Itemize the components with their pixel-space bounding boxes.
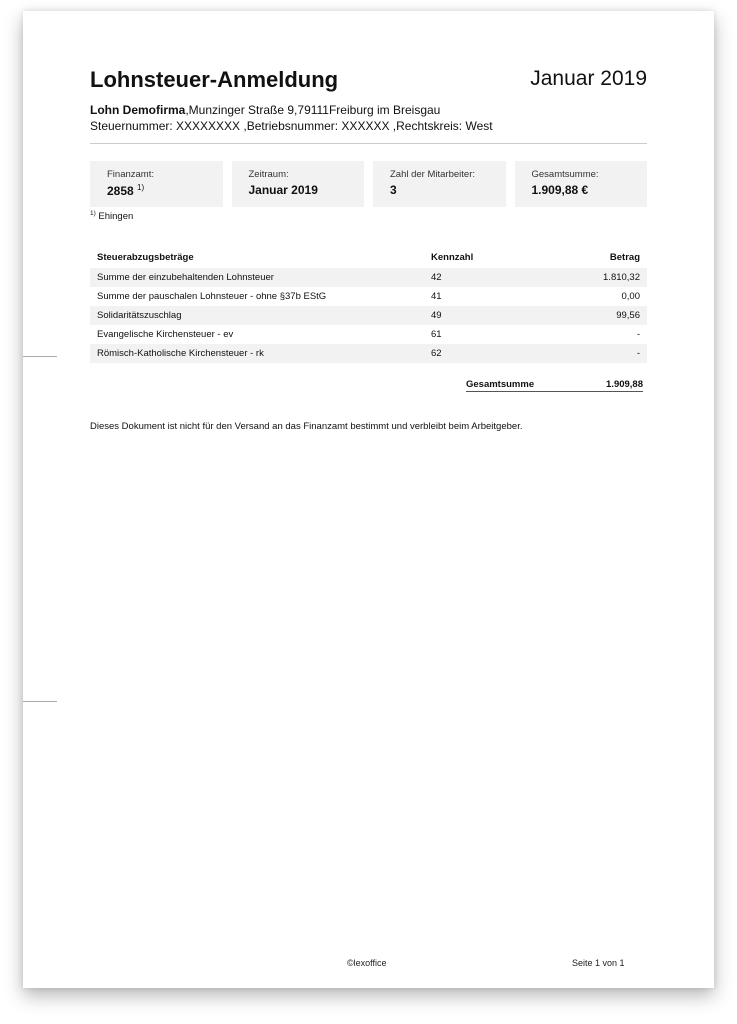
- cell-amount: -: [533, 344, 647, 363]
- cell-amount: 1.810,32: [533, 268, 647, 287]
- table-header-row: Steuerabzugsbeträge Kennzahl Betrag: [90, 246, 647, 268]
- summary-label: Zahl der Mitarbeiter:: [390, 169, 506, 180]
- cell-amount: -: [533, 325, 647, 344]
- cell-code: 61: [424, 325, 533, 344]
- cell-description: Römisch-Katholische Kirchensteuer - rk: [90, 344, 424, 363]
- grand-total: Gesamtsumme 1.909,88: [466, 379, 643, 392]
- document-title: Lohnsteuer-Anmeldung: [90, 67, 338, 93]
- cell-amount: 99,56: [533, 306, 647, 325]
- summary-box-gesamtsumme: Gesamtsumme: 1.909,88 €: [515, 161, 648, 207]
- company-address: ,Munzinger Straße 9,79111Freiburg im Bre…: [185, 103, 440, 117]
- summary-box-finanzamt: Finanzamt: 2858 1): [90, 161, 223, 207]
- grand-total-value: 1.909,88: [606, 379, 643, 390]
- cell-code: 62: [424, 344, 533, 363]
- table-row: Römisch-Katholische Kirchensteuer - rk62…: [90, 344, 647, 363]
- summary-value: 1.909,88 €: [532, 183, 648, 197]
- cell-description: Solidaritätszuschlag: [90, 306, 424, 325]
- summary-label: Zeitraum:: [249, 169, 365, 180]
- table-row: Solidaritätszuschlag4999,56: [90, 306, 647, 325]
- summary-boxes: Finanzamt: 2858 1) Zeitraum: Januar 2019…: [90, 161, 647, 207]
- table-row: Summe der einzubehaltenden Lohnsteuer421…: [90, 268, 647, 287]
- summary-value: 3: [390, 183, 506, 197]
- footnote-marker: 1): [137, 183, 144, 192]
- footer-copyright: ©lexoffice: [347, 958, 387, 968]
- cell-code: 49: [424, 306, 533, 325]
- cell-amount: 0,00: [533, 287, 647, 306]
- footnote: 1) Ehingen: [90, 210, 133, 222]
- summary-value: 2858 1): [107, 183, 223, 198]
- column-header-description: Steuerabzugsbeträge: [90, 246, 424, 268]
- footnote-text: Ehingen: [96, 211, 134, 222]
- summary-label: Finanzamt:: [107, 169, 223, 180]
- summary-box-zeitraum: Zeitraum: Januar 2019: [232, 161, 365, 207]
- disclaimer-note: Dieses Dokument ist nicht für den Versan…: [90, 421, 522, 432]
- company-identifiers: Steuernummer: XXXXXXXX ,Betriebsnummer: …: [90, 118, 493, 134]
- cell-description: Summe der einzubehaltenden Lohnsteuer: [90, 268, 424, 287]
- summary-box-mitarbeiter: Zahl der Mitarbeiter: 3: [373, 161, 506, 207]
- column-header-amount: Betrag: [533, 246, 647, 268]
- column-header-code: Kennzahl: [424, 246, 533, 268]
- tax-table: Steuerabzugsbeträge Kennzahl Betrag Summ…: [90, 246, 647, 363]
- header-divider: [90, 143, 647, 144]
- fold-mark: [23, 701, 57, 702]
- company-address-line: Lohn Demofirma,Munzinger Straße 9,79111F…: [90, 102, 493, 118]
- grand-total-label: Gesamtsumme: [466, 379, 534, 390]
- footer-page-number: Seite 1 von 1: [572, 958, 625, 968]
- company-block: Lohn Demofirma,Munzinger Straße 9,79111F…: [90, 102, 493, 134]
- cell-description: Evangelische Kirchensteuer - ev: [90, 325, 424, 344]
- company-name: Lohn Demofirma: [90, 103, 185, 117]
- table-row: Summe der pauschalen Lohnsteuer - ohne §…: [90, 287, 647, 306]
- summary-label: Gesamtsumme:: [532, 169, 648, 180]
- cell-description: Summe der pauschalen Lohnsteuer - ohne §…: [90, 287, 424, 306]
- table-row: Evangelische Kirchensteuer - ev61-: [90, 325, 647, 344]
- cell-code: 41: [424, 287, 533, 306]
- document-period: Januar 2019: [530, 67, 647, 91]
- document-page: Lohnsteuer-Anmeldung Januar 2019 Lohn De…: [23, 11, 714, 988]
- finanzamt-number: 2858: [107, 184, 134, 198]
- cell-code: 42: [424, 268, 533, 287]
- summary-value: Januar 2019: [249, 183, 365, 197]
- fold-mark: [23, 356, 57, 357]
